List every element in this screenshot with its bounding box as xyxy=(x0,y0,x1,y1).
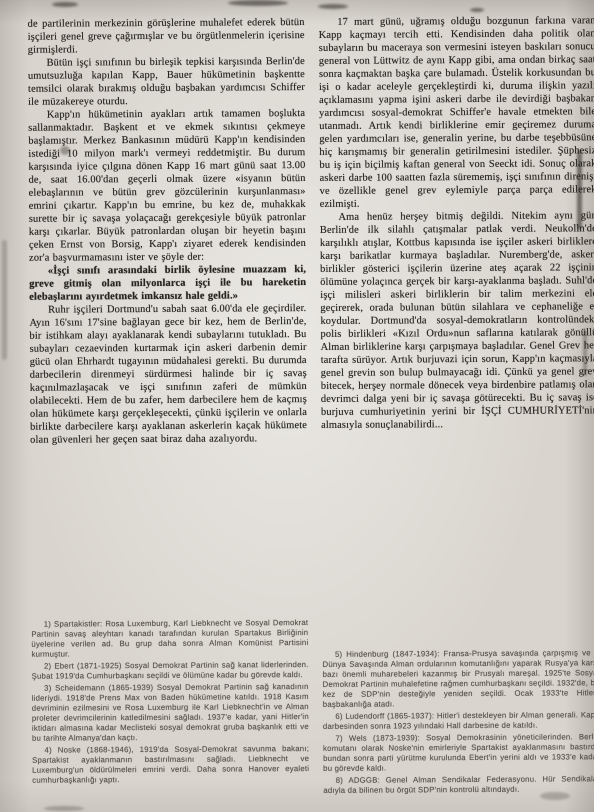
right-column: 17 mart günü, uğramış olduğu bozgunun fa… xyxy=(319,14,594,812)
page-content: de partilerinin merkezinin görüşlerine m… xyxy=(28,14,593,812)
footnote: 6) Ludendorff (1865-1937): Hitler'i dest… xyxy=(323,710,594,732)
paragraph: 17 mart günü, uğramış olduğu bozgunun fa… xyxy=(319,14,594,211)
scan-smudge xyxy=(228,0,288,6)
paragraph: Ruhr işçileri Dortmund'u sabah saat 6.00… xyxy=(29,302,307,447)
right-footnotes: 5) Hindenburg (1847-1934): Fransa-Prusya… xyxy=(322,648,594,812)
scan-smudge xyxy=(52,2,78,7)
paragraph: Bütün işçi sınıfının bu birleşik tepkisi… xyxy=(28,55,305,109)
paragraph: Ama henüz herşey bitmiş değildi. Nitekim… xyxy=(320,209,594,432)
scan-smudge xyxy=(583,330,587,376)
footnote: 7) Wels (1873-1939): Sosyal Demokrasinin… xyxy=(323,732,594,774)
scan-smudge xyxy=(577,150,582,230)
scanned-page: de partilerinin merkezinin görüşlerine m… xyxy=(0,0,594,812)
footnote: 2) Ebert (1871-1925) Sosyal Demokrat Par… xyxy=(32,660,309,682)
quote-paragraph: «İşçi sınıfı arasındaki birlik öylesine … xyxy=(29,263,306,304)
footnote: 3) Scheidemann (1865-1939) Sosyal Demokr… xyxy=(32,682,309,744)
scan-smudge xyxy=(2,240,7,360)
scan-smudge xyxy=(44,806,84,811)
scan-smudge xyxy=(540,792,570,800)
footnote: 5) Hindenburg (1847-1934): Fransa-Prusya… xyxy=(322,648,594,710)
left-column: de partilerinin merkezinin görüşlerine m… xyxy=(28,16,310,812)
scan-smudge xyxy=(470,8,484,12)
scan-smudge xyxy=(60,146,70,155)
footnote: 4) Noske (1868-1946), 1919'da Sosyal-Dem… xyxy=(32,744,309,786)
paragraph: Kapp'ın hükümetinin ayakları artık tamam… xyxy=(28,107,306,265)
paragraph: de partilerinin merkezinin görüşlerine m… xyxy=(28,16,305,57)
scan-smudge xyxy=(318,4,348,9)
footnote: 1) Spartakistler: Rosa Luxemburg, Karl L… xyxy=(31,618,308,660)
left-footnotes: 1) Spartakistler: Rosa Luxemburg, Karl L… xyxy=(31,618,309,812)
